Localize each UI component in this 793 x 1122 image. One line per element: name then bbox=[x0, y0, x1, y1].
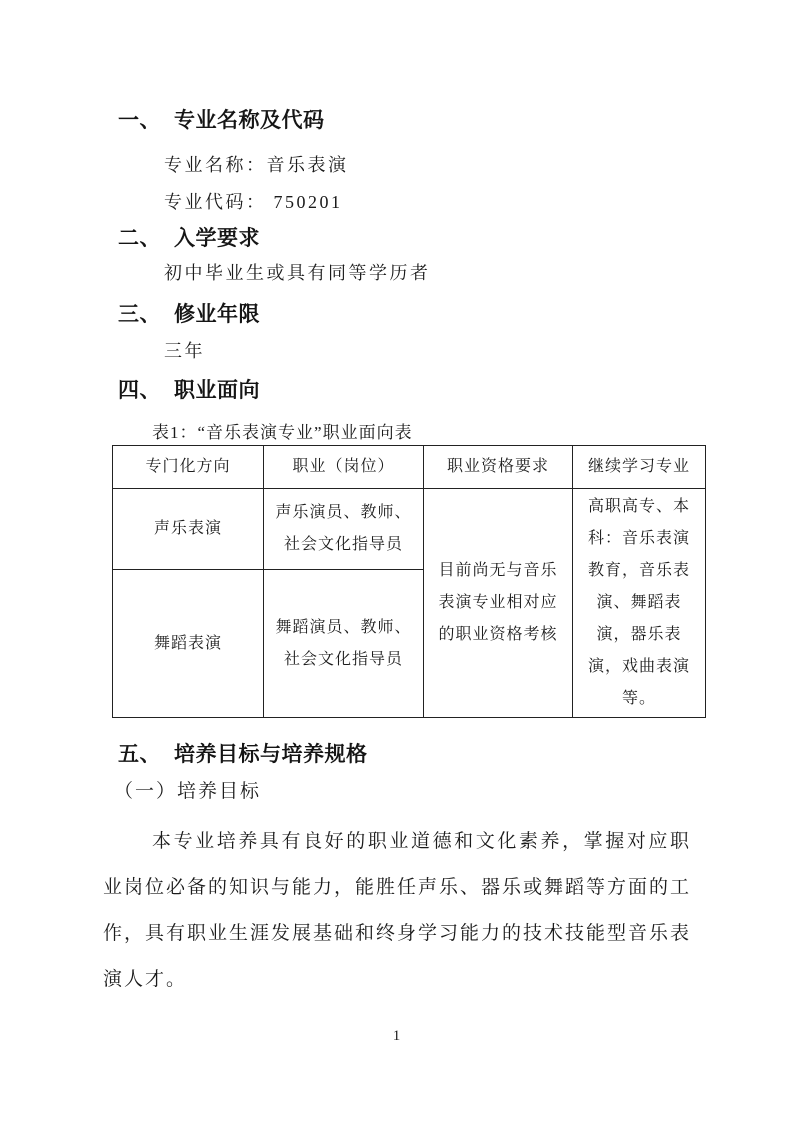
table-header-row: 专门化方向 职业（岗位） 职业资格要求 继续学习专业 bbox=[113, 446, 706, 489]
section-1-title: 专业名称及代码 bbox=[174, 104, 325, 134]
header-occupation: 职业（岗位） bbox=[264, 446, 424, 489]
header-further-study: 继续学习专业 bbox=[573, 446, 706, 489]
page-number: 1 bbox=[0, 1028, 793, 1045]
major-code-line: 专业代码： 750201 bbox=[164, 188, 343, 214]
cell-qualification-requirement: 目前尚无与音乐表演专业相对应的职业资格考核 bbox=[424, 489, 573, 718]
section-5-number: 五、 bbox=[118, 738, 161, 768]
study-duration-text: 三年 bbox=[164, 337, 205, 363]
training-objective-subheading: （一）培养目标 bbox=[114, 776, 261, 803]
section-3-number: 三、 bbox=[118, 298, 161, 328]
header-specialization: 专门化方向 bbox=[113, 446, 264, 489]
cell-specialization-vocal: 声乐表演 bbox=[113, 489, 264, 570]
cell-occupation-dance: 舞蹈演员、教师、社会文化指导员 bbox=[264, 570, 424, 718]
header-qualification: 职业资格要求 bbox=[424, 446, 573, 489]
table-row: 声乐表演 声乐演员、教师、社会文化指导员 目前尚无与音乐表演专业相对应的职业资格… bbox=[113, 489, 706, 570]
training-objective-paragraph: 本专业培养具有良好的职业道德和文化素养，掌握对应职业岗位必备的知识与能力，能胜任… bbox=[103, 819, 691, 1003]
section-4-heading: 四、 职业面向 bbox=[118, 374, 260, 404]
section-2-number: 二、 bbox=[118, 222, 161, 252]
section-4-number: 四、 bbox=[118, 374, 161, 404]
career-orientation-table: 专门化方向 职业（岗位） 职业资格要求 继续学习专业 声乐表演 声乐演员、教师、… bbox=[112, 445, 706, 718]
section-4-title: 职业面向 bbox=[174, 374, 260, 404]
document-page: 一、 专业名称及代码 专业名称：音乐表演 专业代码： 750201 二、 入学要… bbox=[0, 0, 793, 1122]
section-3-heading: 三、 修业年限 bbox=[118, 298, 260, 328]
section-5-title: 培养目标与培养规格 bbox=[174, 738, 368, 768]
section-5-heading: 五、 培养目标与培养规格 bbox=[118, 738, 368, 768]
section-2-heading: 二、 入学要求 bbox=[118, 222, 260, 252]
cell-further-study: 高职高专、本科：音乐表演教育，音乐表演、舞蹈表演，器乐表演，戏曲表演等。 bbox=[573, 489, 706, 718]
cell-occupation-vocal: 声乐演员、教师、社会文化指导员 bbox=[264, 489, 424, 570]
section-2-title: 入学要求 bbox=[174, 222, 260, 252]
cell-specialization-dance: 舞蹈表演 bbox=[113, 570, 264, 718]
section-3-title: 修业年限 bbox=[174, 298, 260, 328]
section-1-number: 一、 bbox=[118, 104, 161, 134]
major-name-line: 专业名称：音乐表演 bbox=[164, 151, 349, 177]
section-1-heading: 一、 专业名称及代码 bbox=[118, 104, 325, 134]
table-caption: 表1：“音乐表演专业”职业面向表 bbox=[152, 418, 413, 443]
admission-requirement-text: 初中毕业生或具有同等学历者 bbox=[164, 259, 431, 285]
